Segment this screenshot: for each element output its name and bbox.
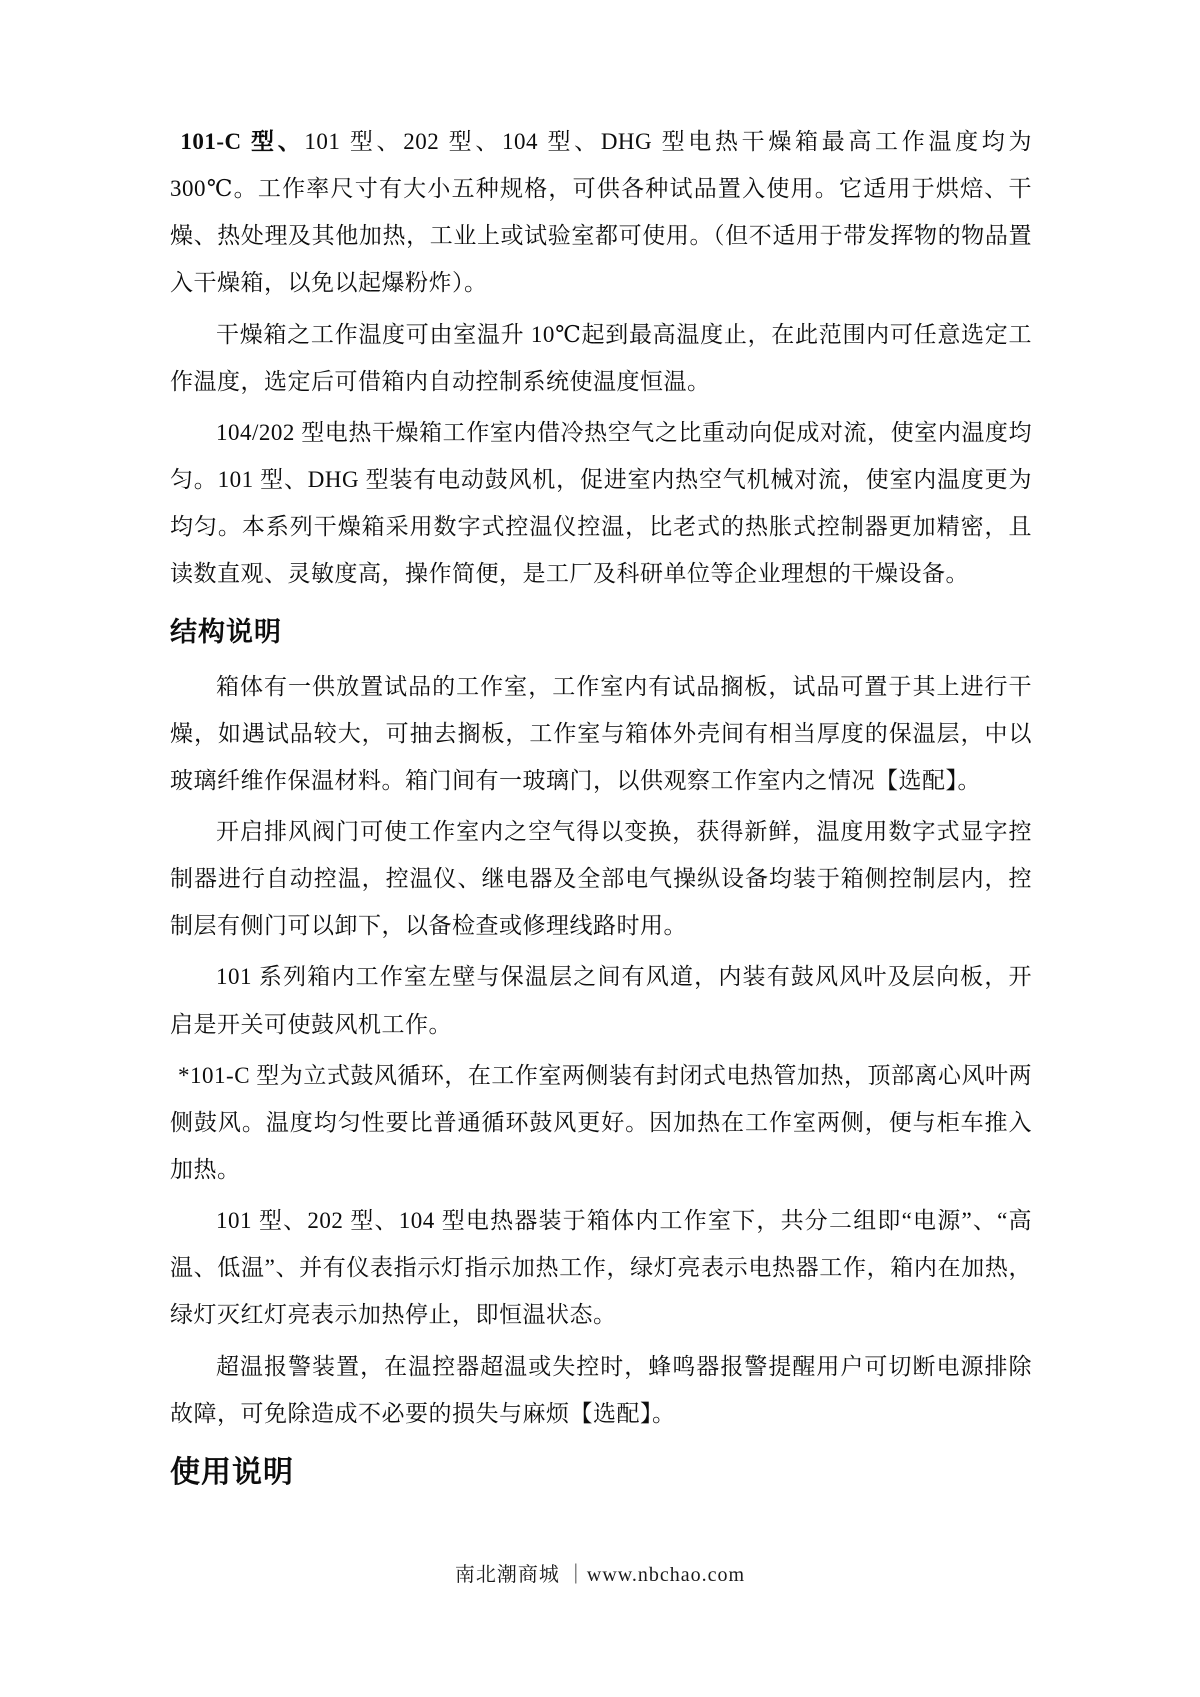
paragraph-overtemp-alarm: 超温报警装置，在温控器超温或失控时，蜂鸣器报警提醒用户可切断电源排除故障，可免除… — [170, 1343, 1032, 1437]
section-heading-structure: 结构说明 — [170, 613, 1032, 652]
paragraph-intro: 101-C 型、101 型、202 型、104 型、DHG 型电热干燥箱最高工作… — [170, 118, 1032, 307]
paragraph-temperature-range: 干燥箱之工作温度可由室温升 10℃起到最高温度止，在此范围内可任意选定工作温度，… — [170, 311, 1032, 405]
paragraph-convection: 104/202 型电热干燥箱工作室内借冷热空气之比重动向促成对流，使室内温度均匀… — [170, 409, 1032, 598]
document-body: 101-C 型、101 型、202 型、104 型、DHG 型电热干燥箱最高工作… — [170, 118, 1032, 1504]
document-page: 101-C 型、101 型、202 型、104 型、DHG 型电热干燥箱最高工作… — [0, 0, 1200, 1697]
paragraph-chamber: 箱体有一供放置试品的工作室，工作室内有试品搁板，试品可置于其上进行干燥，如遇试品… — [170, 663, 1032, 804]
footer-site-credit: 南北潮商城 ｜www.nbchao.com — [0, 1558, 1200, 1587]
paragraph-101-series-duct: 101 系列箱内工作室左壁与保温层之间有风道，内装有鼓风风叶及层向板，开启是开关… — [170, 953, 1032, 1047]
paragraph-heater-groups: 101 型、202 型、104 型电热器装于箱体内工作室下，共分二组即“电源”、… — [170, 1197, 1032, 1338]
model-list-bold-lead: 101-C 型、 — [180, 129, 304, 154]
section-heading-usage: 使用说明 — [170, 1451, 1032, 1495]
paragraph-vent-control: 开启排风阀门可使工作室内之空气得以变换，获得新鲜，温度用数字式显字控制器进行自动… — [170, 808, 1032, 949]
paragraph-101c-circulation: *101-C 型为立式鼓风循环，在工作室两侧装有封闭式电热管加热，顶部离心风叶两… — [170, 1052, 1032, 1193]
